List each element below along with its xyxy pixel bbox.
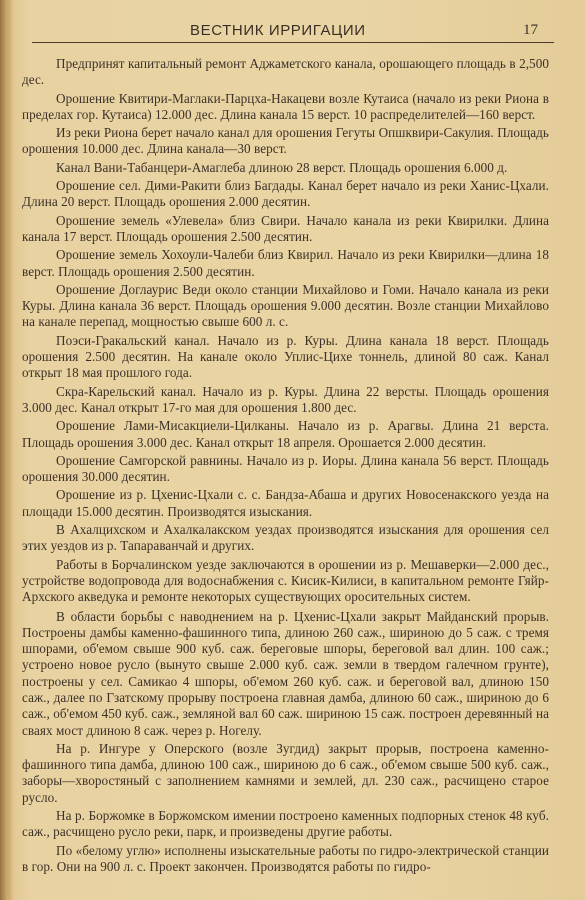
paragraph: На р. Боржомке в Боржомском имении постр… [22, 808, 549, 841]
journal-title: ВЕСТНИК ИРРИГАЦИИ [190, 22, 366, 39]
paragraph: Работы в Борчалинском уезде заключаются … [22, 557, 549, 606]
paragraph: Орошение Квитири-Маглаки-Парцха-Накацеви… [22, 91, 549, 124]
paragraph: Поэси-Гракальский канал. Начало из р. Ку… [22, 333, 549, 382]
page-number: 17 [523, 22, 538, 39]
scanned-page: ВЕСТНИК ИРРИГАЦИИ 17 Предпринят капиталь… [0, 0, 585, 900]
paragraph: Орошение Самгорской равнины. Начало из р… [22, 453, 549, 486]
running-header: ВЕСТНИК ИРРИГАЦИИ 17 [30, 22, 556, 44]
paragraph: Предпринят капитальный ремонт Аджаметско… [22, 56, 549, 89]
paragraph: Скра-Карельский канал. Начало из р. Куры… [22, 384, 549, 417]
paragraph: Канал Вани-Табанцери-Амаглеба длиною 28 … [22, 160, 549, 176]
paragraph: Орошение Доглаурис Веди около станции Ми… [22, 282, 549, 331]
paragraph: Орошение Лами-Мисакциели-Цилканы. Начало… [22, 418, 549, 451]
paragraph: В Ахалцихском и Ахалкалакском уездах про… [22, 522, 549, 555]
paragraph: По «белому углю» исполнены изыскательные… [22, 843, 549, 876]
paragraph: Орошение сел. Дими-Ракити близ Багдады. … [22, 178, 549, 211]
article-body: Предпринят капитальный ремонт Аджаметско… [22, 56, 549, 877]
header-rule [32, 42, 554, 43]
paragraph: В области борьбы с наводнением на р. Цхе… [22, 609, 549, 739]
book-spine-shadow [0, 0, 6, 900]
paragraph: Из реки Риона берет начало канал для оро… [22, 125, 549, 158]
paragraph: На р. Ингуре у Оперского (возле Зугдид) … [22, 741, 549, 806]
paragraph: Орошение земель Хохоули-Чалеби близ Квир… [22, 247, 549, 280]
paragraph: Орошение земель «Улевела» близ Свири. На… [22, 213, 549, 246]
paragraph: Орошение из р. Цхенис-Цхали с. с. Бандза… [22, 487, 549, 520]
